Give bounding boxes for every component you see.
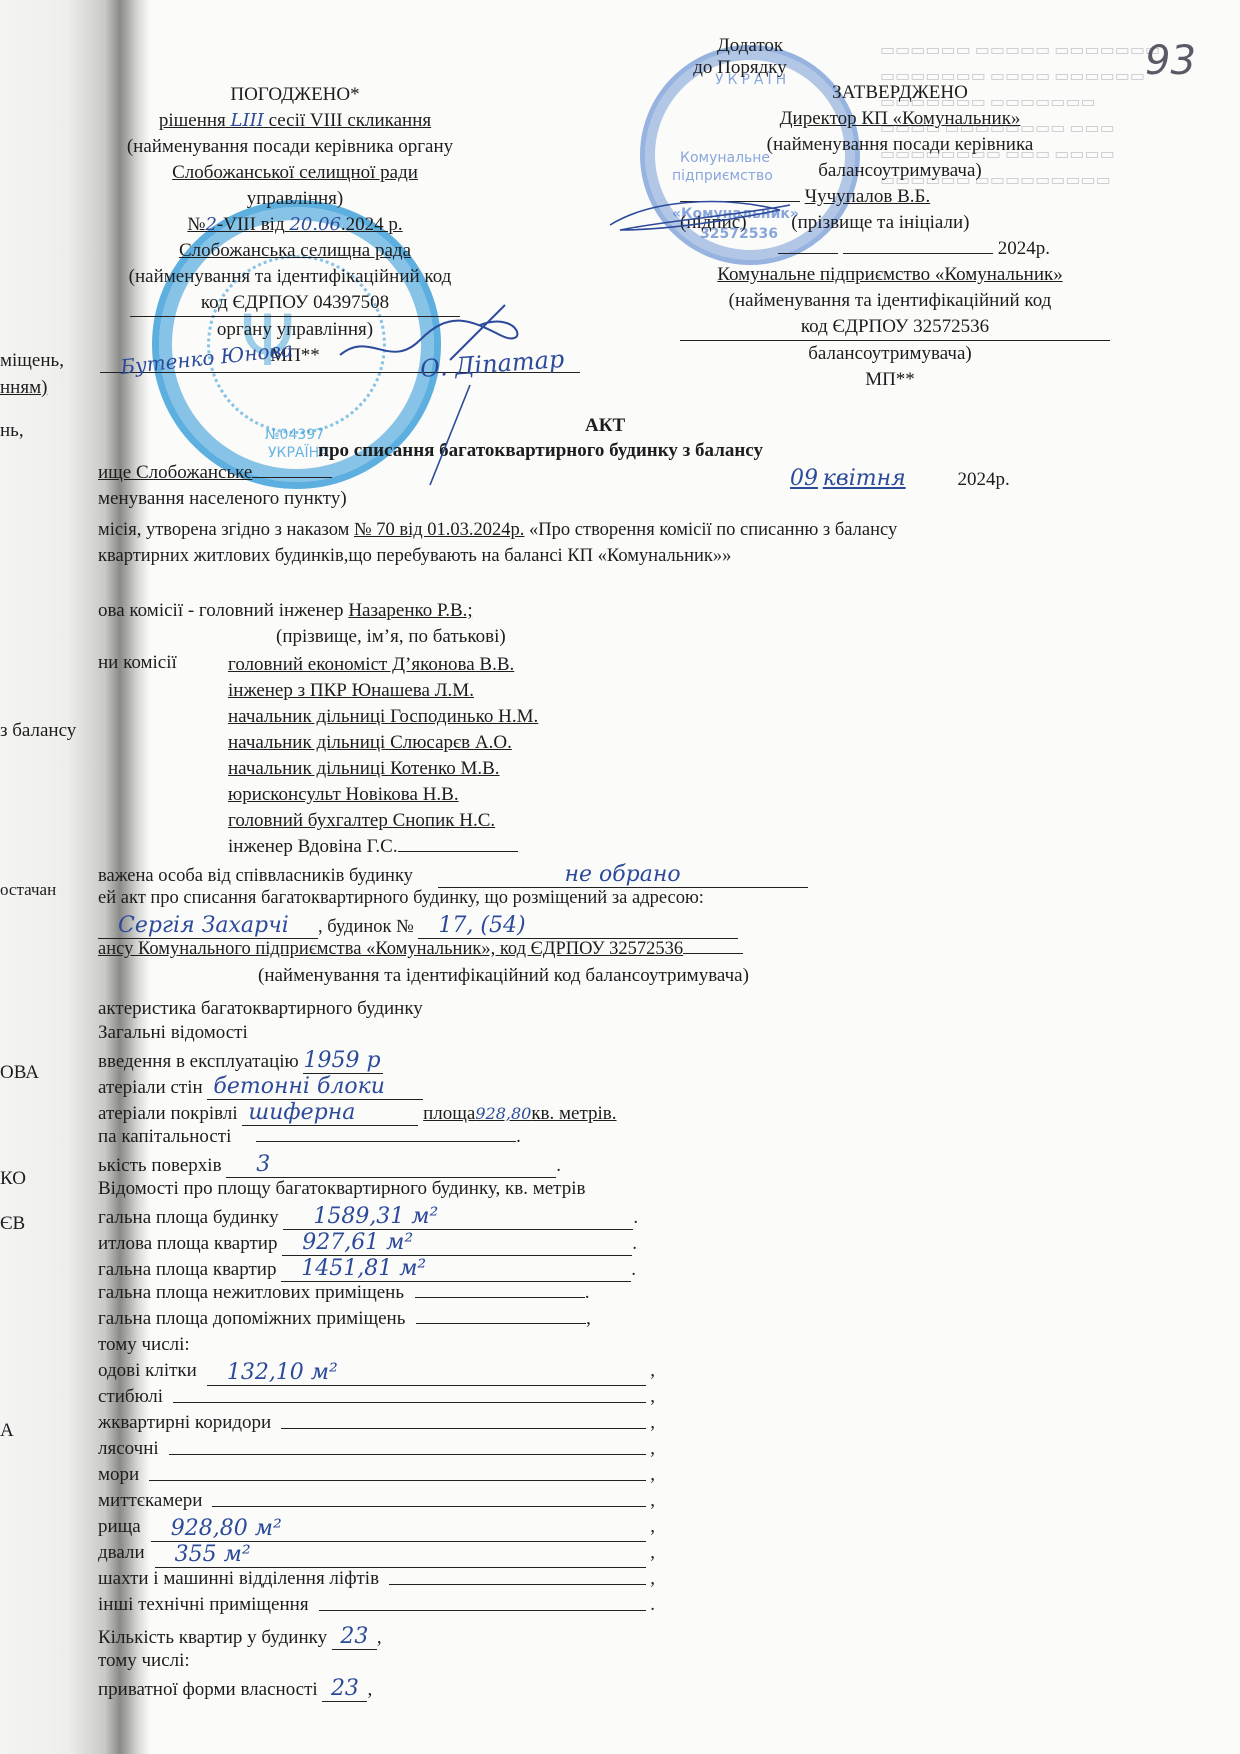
member-5: начальник дільниці Котенко М.В.	[228, 756, 548, 782]
act-title: АКТ	[585, 415, 625, 437]
commission-line-2: квартирних житлових будинків,що перебува…	[98, 546, 731, 567]
field-label: атеріали покрівлі	[98, 1103, 238, 1124]
street-handwritten: Сергія Захарчі	[118, 913, 289, 938]
field-end: .	[516, 1126, 521, 1147]
member-8-text: інженер Вдовіна Г.С.	[228, 836, 398, 857]
field-label: шахти і машинні відділення ліфтів	[98, 1568, 379, 1590]
approved-position: Директор КП «Комунальник»	[710, 106, 1090, 132]
field-value	[169, 1438, 647, 1455]
address-intro: ей акт про списання багатоквартирного бу…	[98, 888, 704, 909]
field-wall-materials: атеріали стін бетонні блоки	[98, 1074, 423, 1100]
field-value: 1589,31 м²	[283, 1204, 633, 1230]
field-label: введення в експлуатацію	[98, 1051, 299, 1072]
field-floors: ькість поверхів 3.	[98, 1152, 561, 1178]
agreed-org-name: Слобожанська селищна рада	[130, 238, 460, 264]
member-4: начальник дільниці Слюсарєв А.О.	[228, 730, 548, 756]
field-value-handwritten: бетонні блоки	[213, 1074, 385, 1099]
date-suffix: .2024 р.	[341, 214, 403, 235]
area-heading: Відомості про площу багатоквартирного бу…	[98, 1178, 585, 1200]
balance-caption: (найменування та ідентифікаційний код ба…	[258, 965, 749, 987]
field-label: миттєкамери	[98, 1490, 202, 1512]
member-8: інженер Вдовіна Г.С.	[228, 834, 548, 860]
field-value	[415, 1296, 585, 1298]
settlement-name: ище Слобожанське	[98, 462, 252, 483]
approved-caption2: балансоутримувача)	[710, 158, 1090, 184]
field-value-handwritten: 3	[256, 1152, 270, 1177]
margin-fragment: остачан	[0, 880, 56, 900]
decision-session-handwritten: LIII	[231, 110, 264, 131]
settlement-blank	[252, 476, 332, 478]
area-total: гальна площа будинку 1589,31 м².	[98, 1204, 638, 1230]
field-end: ,	[650, 1568, 655, 1590]
auxiliary-area-row: миттєкамери,	[98, 1490, 655, 1512]
agreed-number: №2-VIII від 20.06.2024 р.	[130, 212, 460, 238]
member-2: інженер з ПКР Юнашева Л.М.	[228, 678, 548, 704]
field-value	[281, 1412, 646, 1429]
member-8-blank	[398, 850, 518, 852]
commission-order-title: «Про створення комісії по списанню з бал…	[524, 520, 897, 540]
decision-prefix: рішення	[159, 110, 226, 131]
margin-fragment: ЄВ	[0, 1213, 25, 1235]
field-value: 1451,81 м²	[281, 1256, 631, 1282]
field-label: па капітальності	[98, 1126, 231, 1147]
field-value: 23	[322, 1676, 367, 1702]
field-label: гальна площа нежитлових приміщень	[98, 1282, 404, 1303]
field-value-handwritten: 1959 р	[303, 1048, 380, 1073]
approved-year: 2024р.	[998, 238, 1050, 259]
field-label: жквартирні коридори	[98, 1412, 271, 1434]
roof-area: площа928,80кв. метрів.	[423, 1103, 616, 1124]
roof-area-label: площа	[423, 1103, 475, 1124]
house-label: , будинок №	[318, 917, 414, 937]
field-value-handwritten: шиферна	[248, 1100, 355, 1125]
roof-area-handwritten: 928,80	[475, 1104, 531, 1123]
signature-scribble	[330, 300, 530, 380]
balance-blank	[683, 952, 743, 954]
approved-caption-name: (прізвище та ініціали)	[791, 212, 969, 233]
area-including: тому числі:	[98, 1334, 190, 1356]
field-value: 355 м²	[155, 1542, 647, 1568]
members-list: головний економіст Д’яконова В.В. інжене…	[228, 652, 548, 860]
number-mid: -VIII від	[217, 214, 285, 235]
member-1: головний економіст Д’яконова В.В.	[228, 652, 548, 678]
general-heading: Загальні відомості	[98, 1022, 248, 1044]
auxiliary-area-row: жквартирні коридори,	[98, 1412, 655, 1434]
private-apartments: приватної форми власності 23,	[98, 1676, 372, 1702]
apartments-count: Кількість квартир у будинку 23,	[98, 1624, 382, 1650]
field-value-handwritten: 23	[331, 1676, 359, 1701]
field-value: 23	[332, 1624, 377, 1650]
agreed-council: Слобожанської селищної ради	[130, 160, 460, 186]
commission-line-1: місія, утворена згідно з наказом № 70 ві…	[98, 520, 897, 541]
auxiliary-area-row: лясочні,	[98, 1438, 655, 1460]
approved-name: Чучупалов В.Б.	[805, 186, 930, 207]
field-value	[389, 1568, 646, 1585]
approved-org-name: Комунальне підприємство «Комунальник»	[690, 262, 1090, 288]
agreed-caption3: (найменування та ідентифікаційний код	[120, 264, 460, 290]
chair-prefix: ова комісії - головний інженер	[98, 600, 348, 621]
street-field: Сергія Захарчі	[98, 913, 318, 939]
number-handwritten: 2	[205, 214, 216, 235]
field-label: атеріали стін	[98, 1077, 203, 1098]
field-value-handwritten: 132,10 м²	[227, 1360, 338, 1385]
act-day-handwritten: 09	[790, 466, 818, 491]
act-date: 09 квітня 2024р.	[790, 466, 1010, 491]
area-living: итлова площа квартир 927,61 м².	[98, 1230, 637, 1256]
field-value: 3	[226, 1152, 556, 1178]
margin-fragment: КО	[0, 1168, 26, 1190]
field-label: Кількість квартир у будинку	[98, 1627, 327, 1648]
auxiliary-area-row: інші технічні приміщення.	[98, 1594, 655, 1616]
field-value: 132,10 м²	[207, 1360, 646, 1386]
chair-line: ова комісії - головний інженер Назаренко…	[98, 600, 473, 622]
field-value	[212, 1490, 646, 1507]
field-value	[149, 1464, 646, 1481]
director-signature	[600, 190, 800, 240]
authorized-line: важена особа від співвласників будинку н…	[98, 862, 808, 888]
characteristics-heading: актеристика багатоквартирного будинку	[98, 998, 423, 1020]
field-label: гальна площа допоміжних приміщень	[98, 1308, 405, 1329]
margin-fragment: А	[0, 1420, 14, 1442]
margin-fragment: з балансу	[0, 720, 76, 742]
act-subtitle: про списання багатоквартирного будинку з…	[318, 440, 763, 462]
approved-month-blank	[843, 252, 993, 254]
approved-day-blank	[778, 252, 838, 254]
commission-intro: місія, утворена згідно з наказом	[98, 520, 354, 540]
field-end: ,	[650, 1412, 655, 1434]
field-roof-materials: атеріали покрівлі шиферна площа928,80кв.…	[98, 1100, 617, 1126]
auxiliary-area-row: мори,	[98, 1464, 655, 1486]
roof-area-unit: кв. метрів.	[531, 1103, 616, 1124]
approved-seal: МП**	[690, 367, 1090, 393]
council-stamp-number: №04397	[265, 427, 324, 443]
apartments-including: тому числі:	[98, 1650, 190, 1672]
field-capital-group: па капітальності .	[98, 1126, 521, 1148]
field-label: інші технічні приміщення	[98, 1594, 309, 1616]
margin-fragment-text: нням)	[0, 377, 47, 398]
approved-caption1: (найменування посади керівника	[710, 132, 1090, 158]
act-month-handwritten: квітня	[823, 466, 953, 491]
date-handwritten: 20.06	[289, 214, 341, 235]
margin-fragment: нь,	[0, 420, 24, 442]
settlement: ище Слобожанське	[98, 462, 332, 484]
field-commissioning-year: введення в експлуатацію 1959 р	[98, 1048, 383, 1074]
balance-text: ансу Комунального підприємства «Комуналь…	[98, 939, 683, 959]
margin-fragment: міщень,	[0, 350, 64, 372]
house-handwritten: 17, (54)	[438, 913, 525, 938]
field-value: 927,61 м²	[282, 1230, 632, 1256]
field-end: .	[650, 1594, 655, 1616]
field-end: ,	[586, 1308, 591, 1329]
field-end: .	[632, 1233, 637, 1254]
field-value: бетонні блоки	[207, 1074, 423, 1100]
field-value	[319, 1594, 647, 1611]
agreed-caption1: (найменування посади керівника органу	[120, 134, 460, 160]
address-line: Сергія Захарчі, будинок № 17, (54)	[98, 913, 738, 939]
field-end: .	[556, 1155, 561, 1176]
field-label: итлова площа квартир	[98, 1233, 277, 1254]
field-value-handwritten: 927,61 м²	[302, 1230, 413, 1255]
field-value-handwritten: 23	[340, 1624, 368, 1649]
field-end: ,	[650, 1438, 655, 1460]
field-label: мори	[98, 1464, 139, 1486]
commission-order: № 70 від 01.03.2024р.	[354, 520, 524, 540]
field-label: гальна площа квартир	[98, 1259, 276, 1280]
agreed-caption2: управління)	[130, 186, 460, 212]
auxiliary-area-row: шахти і машинні відділення ліфтів,	[98, 1568, 655, 1590]
field-value	[416, 1322, 586, 1324]
agreed-title: ПОГОДЖЕНО*	[130, 82, 460, 108]
chair-caption: (прізвище, ім’я, по батькові)	[276, 626, 506, 648]
page-number: 93	[1145, 38, 1196, 84]
field-end: .	[631, 1259, 636, 1280]
field-end: .	[585, 1282, 590, 1303]
field-label: гальна площа будинку	[98, 1207, 279, 1228]
area-auxiliary: гальна площа допоміжних приміщень ,	[98, 1308, 591, 1330]
field-end: ,	[650, 1490, 655, 1512]
authorized-handwritten: не обрано	[565, 862, 681, 887]
field-value-handwritten: 1589,31 м²	[313, 1204, 438, 1229]
field-label: ькість поверхів	[98, 1155, 222, 1176]
approved-caption4: балансоутримувача)	[690, 341, 1090, 367]
margin-fragment: ОВА	[0, 1062, 39, 1084]
house-field: 17, (54)	[418, 913, 738, 939]
appendix-label: Додаток до Порядку	[700, 35, 800, 79]
area-apartments: гальна площа квартир 1451,81 м².	[98, 1256, 636, 1282]
number-prefix: №	[187, 214, 205, 235]
approved-code: код ЄДРПОУ 32572536	[680, 314, 1110, 341]
area-nonresidential: гальна площа нежитлових приміщень .	[98, 1282, 590, 1304]
member-6: юрисконсульт Новікова Н.В.	[228, 782, 548, 808]
field-value: шиферна	[242, 1100, 418, 1126]
act-year: 2024р.	[958, 469, 1010, 490]
field-end: .	[633, 1207, 638, 1228]
members-label: ни комісії	[98, 652, 177, 674]
field-value: 928,80 м²	[151, 1516, 647, 1542]
field-value: 1959 р	[303, 1048, 383, 1074]
member-7: головний бухгалтер Снопик Н.С.	[228, 808, 548, 834]
field-label: приватної форми власності	[98, 1679, 318, 1700]
field-value	[256, 1140, 516, 1142]
field-value	[173, 1386, 646, 1403]
auxiliary-area-row: стибюлі,	[98, 1386, 655, 1408]
settlement-caption: менування населеного пункту)	[98, 488, 347, 510]
approved-title: ЗАТВЕРДЖЕНО	[710, 80, 1090, 106]
member-3: начальник дільниці Господинько Н.М.	[228, 704, 548, 730]
field-value-handwritten: 355 м²	[175, 1542, 251, 1567]
balance-line: ансу Комунального підприємства «Комуналь…	[98, 939, 743, 960]
agreed-decision: рішення LIII сесії VIII скликання	[130, 108, 460, 134]
field-end: ,	[650, 1464, 655, 1486]
authorized-field: не обрано	[438, 862, 808, 888]
signature-stroke	[420, 380, 480, 490]
decision-suffix: сесії VIII скликання	[269, 110, 432, 131]
chair-name: Назаренко Р.В.;	[348, 600, 472, 621]
appendix-line1: Додаток	[700, 35, 800, 57]
field-end: ,	[650, 1386, 655, 1408]
field-value-handwritten: 928,80 м²	[171, 1516, 282, 1541]
appendix-line2: до Порядку	[680, 57, 800, 79]
margin-fragment: нням)	[0, 377, 47, 399]
field-value-handwritten: 1451,81 м²	[301, 1256, 426, 1281]
approved-caption3: (найменування та ідентифікаційний код	[690, 288, 1090, 314]
field-label: лясочні	[98, 1438, 159, 1460]
authorized-label: важена особа від співвласників будинку	[98, 866, 413, 886]
field-label: стибюлі	[98, 1386, 163, 1408]
approved-code-text: код ЄДРПОУ 32572536	[801, 316, 989, 337]
